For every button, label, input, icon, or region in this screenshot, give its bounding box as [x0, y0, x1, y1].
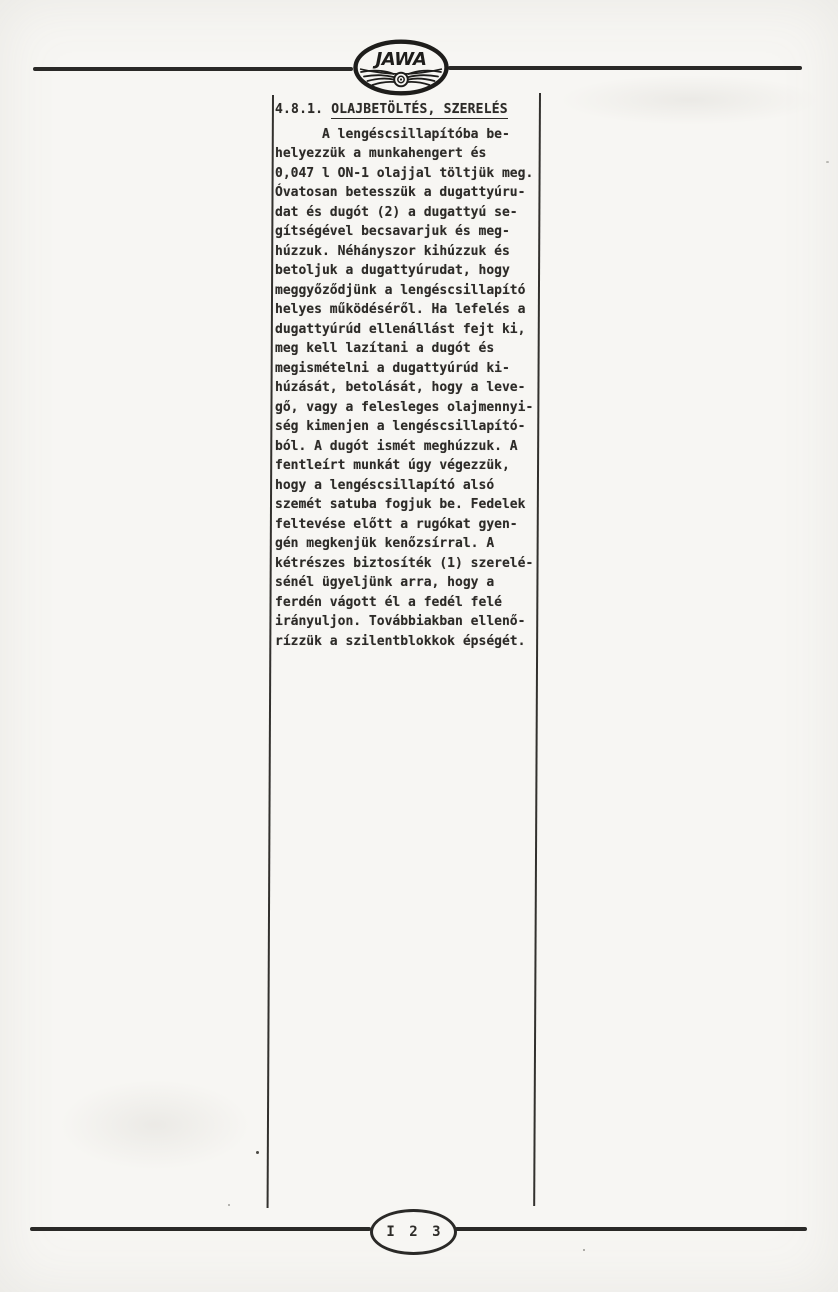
text-line: A lengéscsillapítóba be- — [275, 125, 541, 145]
document-page: JAWA 4.8. — [0, 0, 838, 1292]
text-line: feltevése előtt a rugókat gyen- — [275, 515, 541, 535]
text-line: ból. A dugót ismét meghúzzuk. A — [275, 437, 541, 457]
text-line: gő, vagy a felesleges olajmennyi- — [275, 398, 541, 418]
page-number-badge: I 2 3 — [370, 1209, 457, 1255]
text-line: 0,047 l ON-1 olajjal töltjük meg. — [275, 164, 541, 184]
bottom-rule-left — [30, 1227, 371, 1231]
scan-speck — [256, 1151, 259, 1154]
text-line: ség kimenjen a lengéscsillapító- — [275, 417, 541, 437]
text-line: gén megkenjük kenőzsírral. A — [275, 534, 541, 554]
text-line: sénél ügyeljünk arra, hogy a — [275, 573, 541, 593]
scan-speck — [583, 1249, 585, 1251]
scan-speck — [826, 161, 829, 163]
text-line: ferdén vágott él a fedél felé — [275, 593, 541, 613]
text-line: dat és dugót (2) a dugattyú se- — [275, 203, 541, 223]
article: 4.8.1. OLAJBETÖLTÉS, SZERELÉS A lengéscs… — [275, 100, 541, 651]
page-number: I 2 3 — [383, 1224, 443, 1240]
column-line-left — [267, 95, 274, 1208]
scan-smudge — [560, 75, 820, 125]
jawa-logo: JAWA — [352, 39, 450, 96]
text-line: irányuljon. Továbbiakban ellenő- — [275, 612, 541, 632]
text-line: húzzuk. Néhányszor kihúzzuk és — [275, 242, 541, 262]
text-line: szemét satuba fogjuk be. Fedelek — [275, 495, 541, 515]
text-line: Óvatosan betesszük a dugattyúru- — [275, 183, 541, 203]
top-rule-right — [448, 66, 802, 70]
text-line: kétrészes biztosíték (1) szerelé- — [275, 554, 541, 574]
text-line: húzását, betolását, hogy a leve- — [275, 378, 541, 398]
text-line: helyezzük a munkahengert és — [275, 144, 541, 164]
text-line: gítségével becsavarjuk és meg- — [275, 222, 541, 242]
text-line: betoljuk a dugattyúrudat, hogy — [275, 261, 541, 281]
jawa-logo-icon: JAWA — [352, 39, 450, 96]
text-line: meggyőződjünk a lengéscsillapító — [275, 281, 541, 301]
section-number: 4.8.1. — [275, 102, 323, 117]
text-line: dugattyúrúd ellenállást fejt ki, — [275, 320, 541, 340]
scan-smudge — [60, 1080, 250, 1170]
section-heading: 4.8.1. OLAJBETÖLTÉS, SZERELÉS — [275, 100, 541, 120]
bottom-rule-right — [455, 1227, 807, 1231]
jawa-logo-text: JAWA — [373, 49, 427, 70]
text-line: helyes működéséről. Ha lefelés a — [275, 300, 541, 320]
text-line: fentleírt munkát úgy végezzük, — [275, 456, 541, 476]
text-line: hogy a lengéscsillapító alsó — [275, 476, 541, 496]
text-line: rízzük a szilentblokkok épségét. — [275, 632, 541, 652]
top-rule-left — [33, 67, 353, 71]
text-line: meg kell lazítani a dugót és — [275, 339, 541, 359]
text-line: megismételni a dugattyúrúd ki- — [275, 359, 541, 379]
article-body: A lengéscsillapítóba be-helyezzük a munk… — [275, 125, 541, 652]
hub-icon — [394, 73, 408, 87]
section-title: OLAJBETÖLTÉS, SZERELÉS — [331, 102, 508, 119]
scan-speck — [228, 1204, 230, 1206]
